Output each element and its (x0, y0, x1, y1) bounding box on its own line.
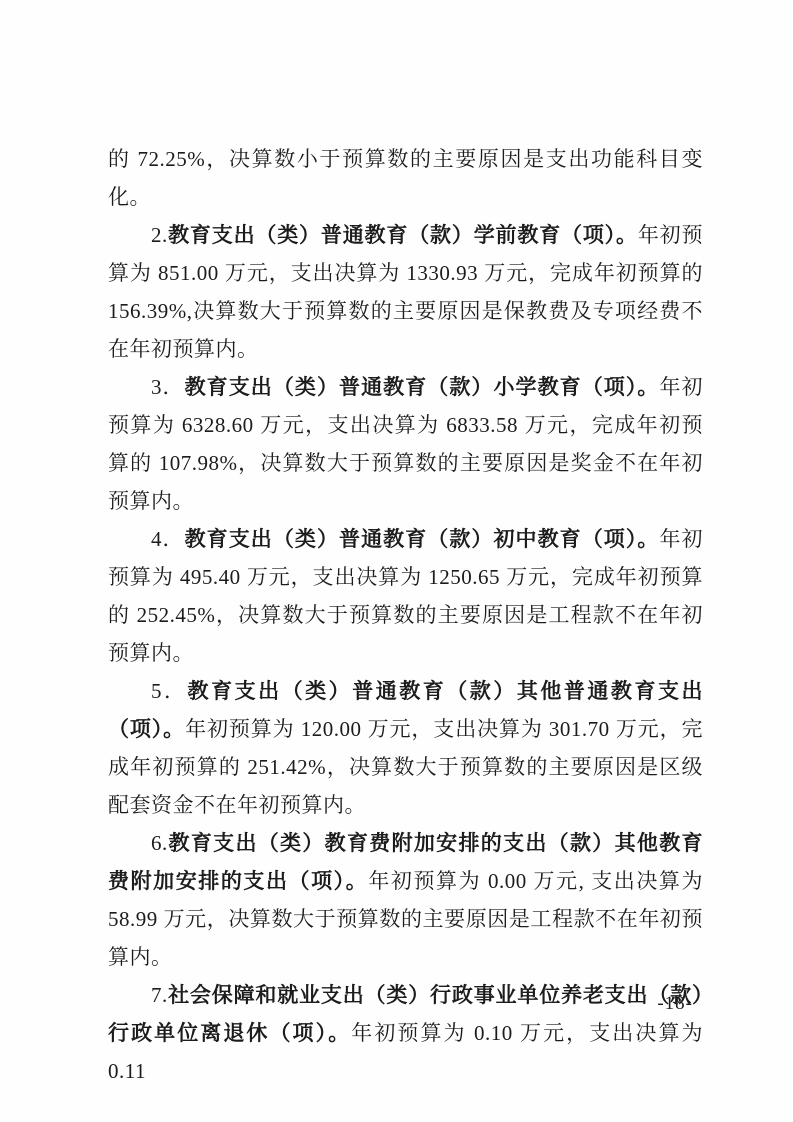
paragraph-continuation: 的 72.25%，决算数小于预算数的主要原因是支出功能科目变化。 (108, 140, 703, 216)
document-page: 的 72.25%，决算数小于预算数的主要原因是支出功能科目变化。 2.教育支出（… (0, 0, 793, 1122)
item-body: 年初预算为 120.00 万元，支出决算为 301.70 万元，完成年初预算的 … (108, 717, 703, 817)
item-heading: 教育支出（类）普通教育（款）学前教育（项）。 (168, 223, 638, 247)
paragraph-text: 的 72.25%，决算数小于预算数的主要原因是支出功能科目变化。 (108, 147, 703, 209)
item-number: 5． (151, 679, 188, 703)
item-number: 2. (151, 223, 168, 247)
item-heading: 教育支出（类）普通教育（款）初中教育（项）。 (185, 527, 660, 551)
budget-item-3: 3．教育支出（类）普通教育（款）小学教育（项）。年初预算为 6328.60 万元… (108, 368, 703, 520)
item-number: 4． (151, 527, 185, 551)
item-number: 3． (151, 375, 185, 399)
budget-item-5: 5．教育支出（类）普通教育（款）其他普通教育支出（项）。年初预算为 120.00… (108, 672, 703, 824)
document-body: 的 72.25%，决算数小于预算数的主要原因是支出功能科目变化。 2.教育支出（… (108, 140, 703, 1090)
budget-item-6: 6.教育支出（类）教育费附加安排的支出（款）其他教育费附加安排的支出（项）。年初… (108, 824, 703, 976)
budget-item-2: 2.教育支出（类）普通教育（款）学前教育（项）。年初预算为 851.00 万元，… (108, 216, 703, 368)
budget-item-4: 4．教育支出（类）普通教育（款）初中教育（项）。年初预算为 495.40 万元，… (108, 520, 703, 672)
item-heading: 教育支出（类）普通教育（款）小学教育（项）。 (185, 375, 660, 399)
page-number: -18- (108, 992, 693, 1016)
item-number: 6. (151, 831, 168, 855)
